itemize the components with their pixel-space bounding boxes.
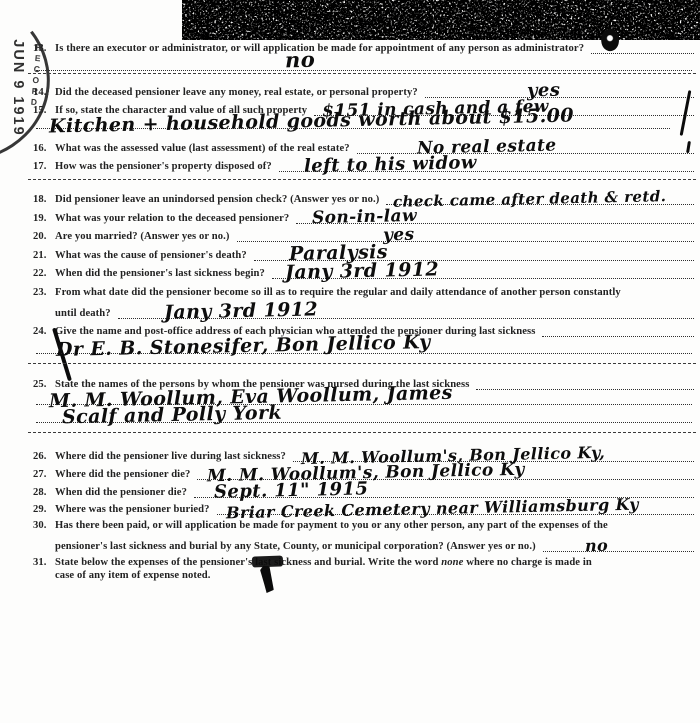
question-16: 16. What was the assessed value (last as… <box>33 140 694 154</box>
none-word: none <box>441 557 463 568</box>
answer-line: yes <box>425 84 694 98</box>
question-label: What was the cause of pensioner's death? <box>55 250 252 261</box>
question-29: 29. Where was the pensioner buried? Bria… <box>33 501 694 515</box>
handwritten-answer: left to his widow <box>304 152 477 177</box>
handwritten-answer: Scalf and Polly York <box>62 402 282 429</box>
question-19: 19. What was your relation to the deceas… <box>33 210 694 224</box>
question-label: Where did the pensioner live during last… <box>55 451 291 462</box>
answer-15-line2: Kitchen + household goods worth about $1… <box>36 108 670 129</box>
question-number: 31. <box>33 557 55 568</box>
answer-line: left to his widow <box>279 158 694 172</box>
question-label: case of any item of expense noted. <box>55 570 216 581</box>
question-30: 30. Has there been paid, or will applica… <box>33 520 694 531</box>
question-number: 14. <box>33 87 55 98</box>
question-number: 27. <box>33 469 55 480</box>
handwritten-answer: no <box>585 536 609 555</box>
handwritten-answer: Jany 3rd 1912 <box>164 298 318 323</box>
answer-line: No real estate <box>357 140 694 154</box>
question-label: State below the expenses of the pensione… <box>55 557 597 568</box>
question-number: 21. <box>33 250 55 261</box>
answer-line: M. M. Woollum's, Bon Jellico Ky <box>197 466 694 480</box>
handwritten-answer: check came after death & retd. <box>392 187 666 211</box>
answer-line: Jany 3rd 1912 <box>118 305 694 319</box>
question-31-line2: case of any item of expense noted. <box>55 570 694 581</box>
question-number: 19. <box>33 213 55 224</box>
handwritten-answer: Dr E. B. Stonesifer, Bon Jellico Ky <box>55 331 430 361</box>
answer-line: Jany 3rd 1912 <box>272 265 694 279</box>
question-17: 17. How was the pensioner's property dis… <box>33 158 694 172</box>
question-label: Are you married? (Answer yes or no.) <box>55 231 235 242</box>
question-label: When did the pensioner die? <box>55 487 192 498</box>
question-23: 23. From what date did the pensioner bec… <box>33 287 694 298</box>
question-number: 23. <box>33 287 55 298</box>
question-label: Has there been paid, or will application… <box>55 520 613 531</box>
answer-24: Dr E. B. Stonesifer, Bon Jellico Ky <box>36 333 692 354</box>
question-label: Where was the pensioner buried? <box>55 504 215 515</box>
question-number: 22. <box>33 268 55 279</box>
question-22: 22. When did the pensioner's last sickne… <box>33 265 694 279</box>
ruled-divider <box>28 179 696 180</box>
answer-13: no <box>36 48 692 71</box>
question-label: Did pensioner leave an unindorsed pensio… <box>55 194 384 205</box>
answer-line: check came after death & retd. <box>386 191 694 205</box>
question-31: 31. State below the expenses of the pens… <box>33 557 694 568</box>
stamp-date: JUN 9 1919 <box>10 32 26 144</box>
handwritten-answer: Kitchen + household goods worth about $1… <box>48 105 573 138</box>
ruled-divider <box>28 432 696 433</box>
question-18: 18. Did pensioner leave an unindorsed pe… <box>33 191 694 205</box>
question-label: pensioner's last sickness and burial by … <box>55 541 541 552</box>
question-label: What was the assessed value (last assess… <box>55 143 355 154</box>
answer-line: Son-in-law <box>296 210 694 224</box>
handwritten-answer: no <box>285 47 316 73</box>
question-label: Did the deceased pensioner leave any mon… <box>55 87 423 98</box>
question-label: From what date did the pensioner become … <box>55 287 626 298</box>
question-23-line2: until death? Jany 3rd 1912 <box>55 305 694 319</box>
question-label: Where did the pensioner die? <box>55 469 195 480</box>
answer-line: Paralysis <box>254 247 694 261</box>
question-label: How was the pensioner's property dispose… <box>55 161 277 172</box>
ink-smudge <box>182 0 700 44</box>
answer-25-line2: Scalf and Polly York <box>36 404 692 423</box>
ruled-divider <box>28 363 696 364</box>
question-label: When did the pensioner's last sickness b… <box>55 268 270 279</box>
answer-25-line1: M. M. Woollum, Eva Woollum, James <box>36 386 692 405</box>
answer-line: Briar Creek Cemetery near Williamsburg K… <box>217 501 694 515</box>
answer-line: yes <box>237 228 694 242</box>
handwritten-answer: Sept. 11" 1915 <box>214 478 369 502</box>
question-30-line2: pensioner's last sickness and burial by … <box>55 538 694 552</box>
handwritten-answer: Jany 3rd 1912 <box>284 258 438 283</box>
question-number: 20. <box>33 231 55 242</box>
question-number: 29. <box>33 504 55 515</box>
question-number: 30. <box>33 520 55 531</box>
question-number: 17. <box>33 161 55 172</box>
scanned-form-page: JUN 9 1919 RECORD 13. Is there an execut… <box>0 0 700 723</box>
question-number: 28. <box>33 487 55 498</box>
question-number: 16. <box>33 143 55 154</box>
question-20: 20. Are you married? (Answer yes or no.)… <box>33 228 694 242</box>
answer-line: no <box>543 538 694 552</box>
question-number: 18. <box>33 194 55 205</box>
question-number: 26. <box>33 451 55 462</box>
question-label: until death? <box>55 308 116 319</box>
question-14: 14. Did the deceased pensioner leave any… <box>33 84 694 98</box>
question-21: 21. What was the cause of pensioner's de… <box>33 247 694 261</box>
question-26: 26. Where did the pensioner live during … <box>33 448 694 462</box>
question-label: What was your relation to the deceased p… <box>55 213 294 224</box>
ruled-divider <box>28 73 696 74</box>
ink-blot-icon <box>252 555 283 567</box>
